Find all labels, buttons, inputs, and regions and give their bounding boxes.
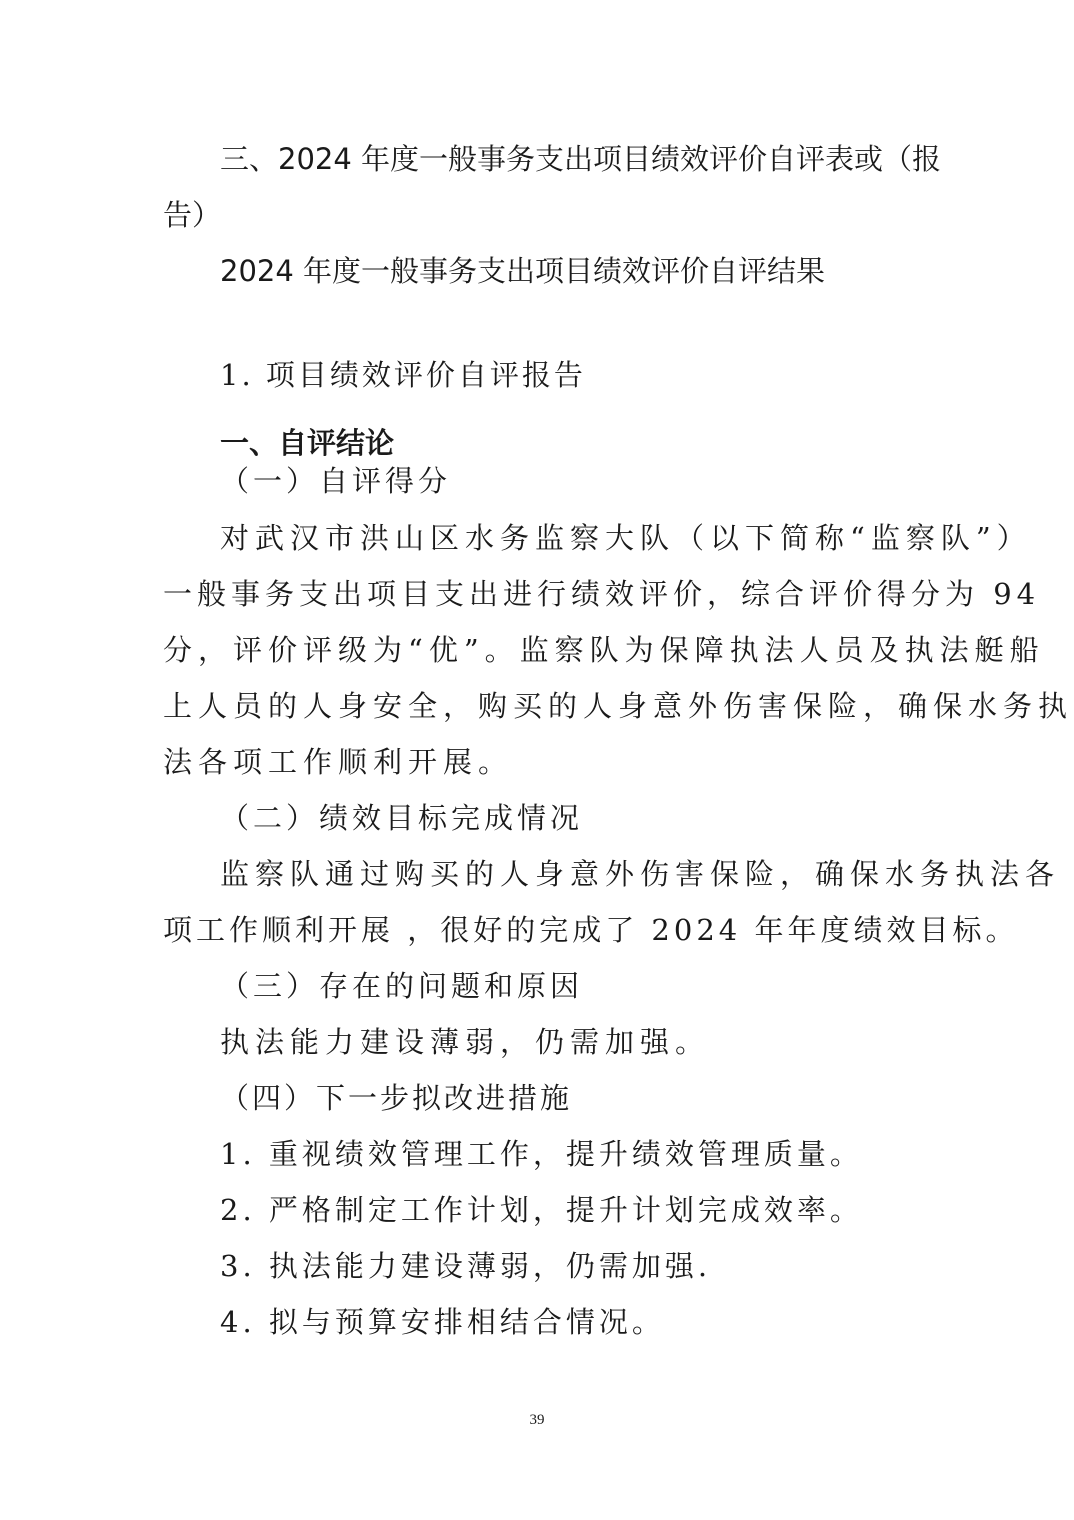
section-heading-continued: 告） — [163, 198, 221, 232]
page-number: 39 — [0, 1412, 1074, 1429]
paragraph-line: 一般事务支出项目支出进行绩效评价，综合评价得分为 94 — [163, 577, 1040, 611]
section-heading: 三、2024 年度一般事务支出项目绩效评价自评表或（报 — [220, 142, 941, 176]
paragraph-line: 对武汉市洪山区水务监察大队（以下简称“监察队”） — [220, 521, 1032, 555]
paragraph-line: 法各项工作顺利开展。 — [163, 745, 513, 779]
part-heading-conclusion: 一、自评结论 — [220, 426, 394, 460]
paragraph-line: 分，评价评级为“优”。监察队为保障执法人员及执法艇船 — [163, 633, 1045, 667]
list-item: 2. 严格制定工作计划，提升计划完成效率。 — [220, 1193, 863, 1227]
paragraph-line: 执法能力建设薄弱，仍需加强。 — [220, 1025, 710, 1059]
list-item: 3. 执法能力建设薄弱，仍需加强. — [220, 1249, 711, 1283]
subheading-score: （一）自评得分 — [220, 464, 451, 498]
report-title: 1. 项目绩效评价自评报告 — [220, 358, 586, 392]
list-item: 1. 重视绩效管理工作，提升绩效管理质量。 — [220, 1137, 863, 1171]
paragraph-line: 项工作顺利开展 ，很好的完成了 2024 年年度绩效目标。 — [163, 913, 1018, 947]
paragraph-line: 监察队通过购买的人身意外伤害保险，确保水务执法各 — [220, 857, 1060, 891]
document-page: 三、2024 年度一般事务支出项目绩效评价自评表或（报 告） 2024 年度一般… — [0, 0, 1074, 1520]
subheading-goal-completion: （二）绩效目标完成情况 — [220, 801, 583, 835]
document-subtitle: 2024 年度一般事务支出项目绩效评价自评结果 — [220, 254, 825, 288]
subheading-improvements: （四）下一步拟改进措施 — [220, 1081, 572, 1115]
subheading-problems: （三）存在的问题和原因 — [220, 969, 583, 1003]
list-item: 4. 拟与预算安排相结合情况。 — [220, 1305, 665, 1339]
paragraph-line: 上人员的人身安全，购买的人身意外伤害保险，确保水务执 — [163, 689, 1073, 723]
